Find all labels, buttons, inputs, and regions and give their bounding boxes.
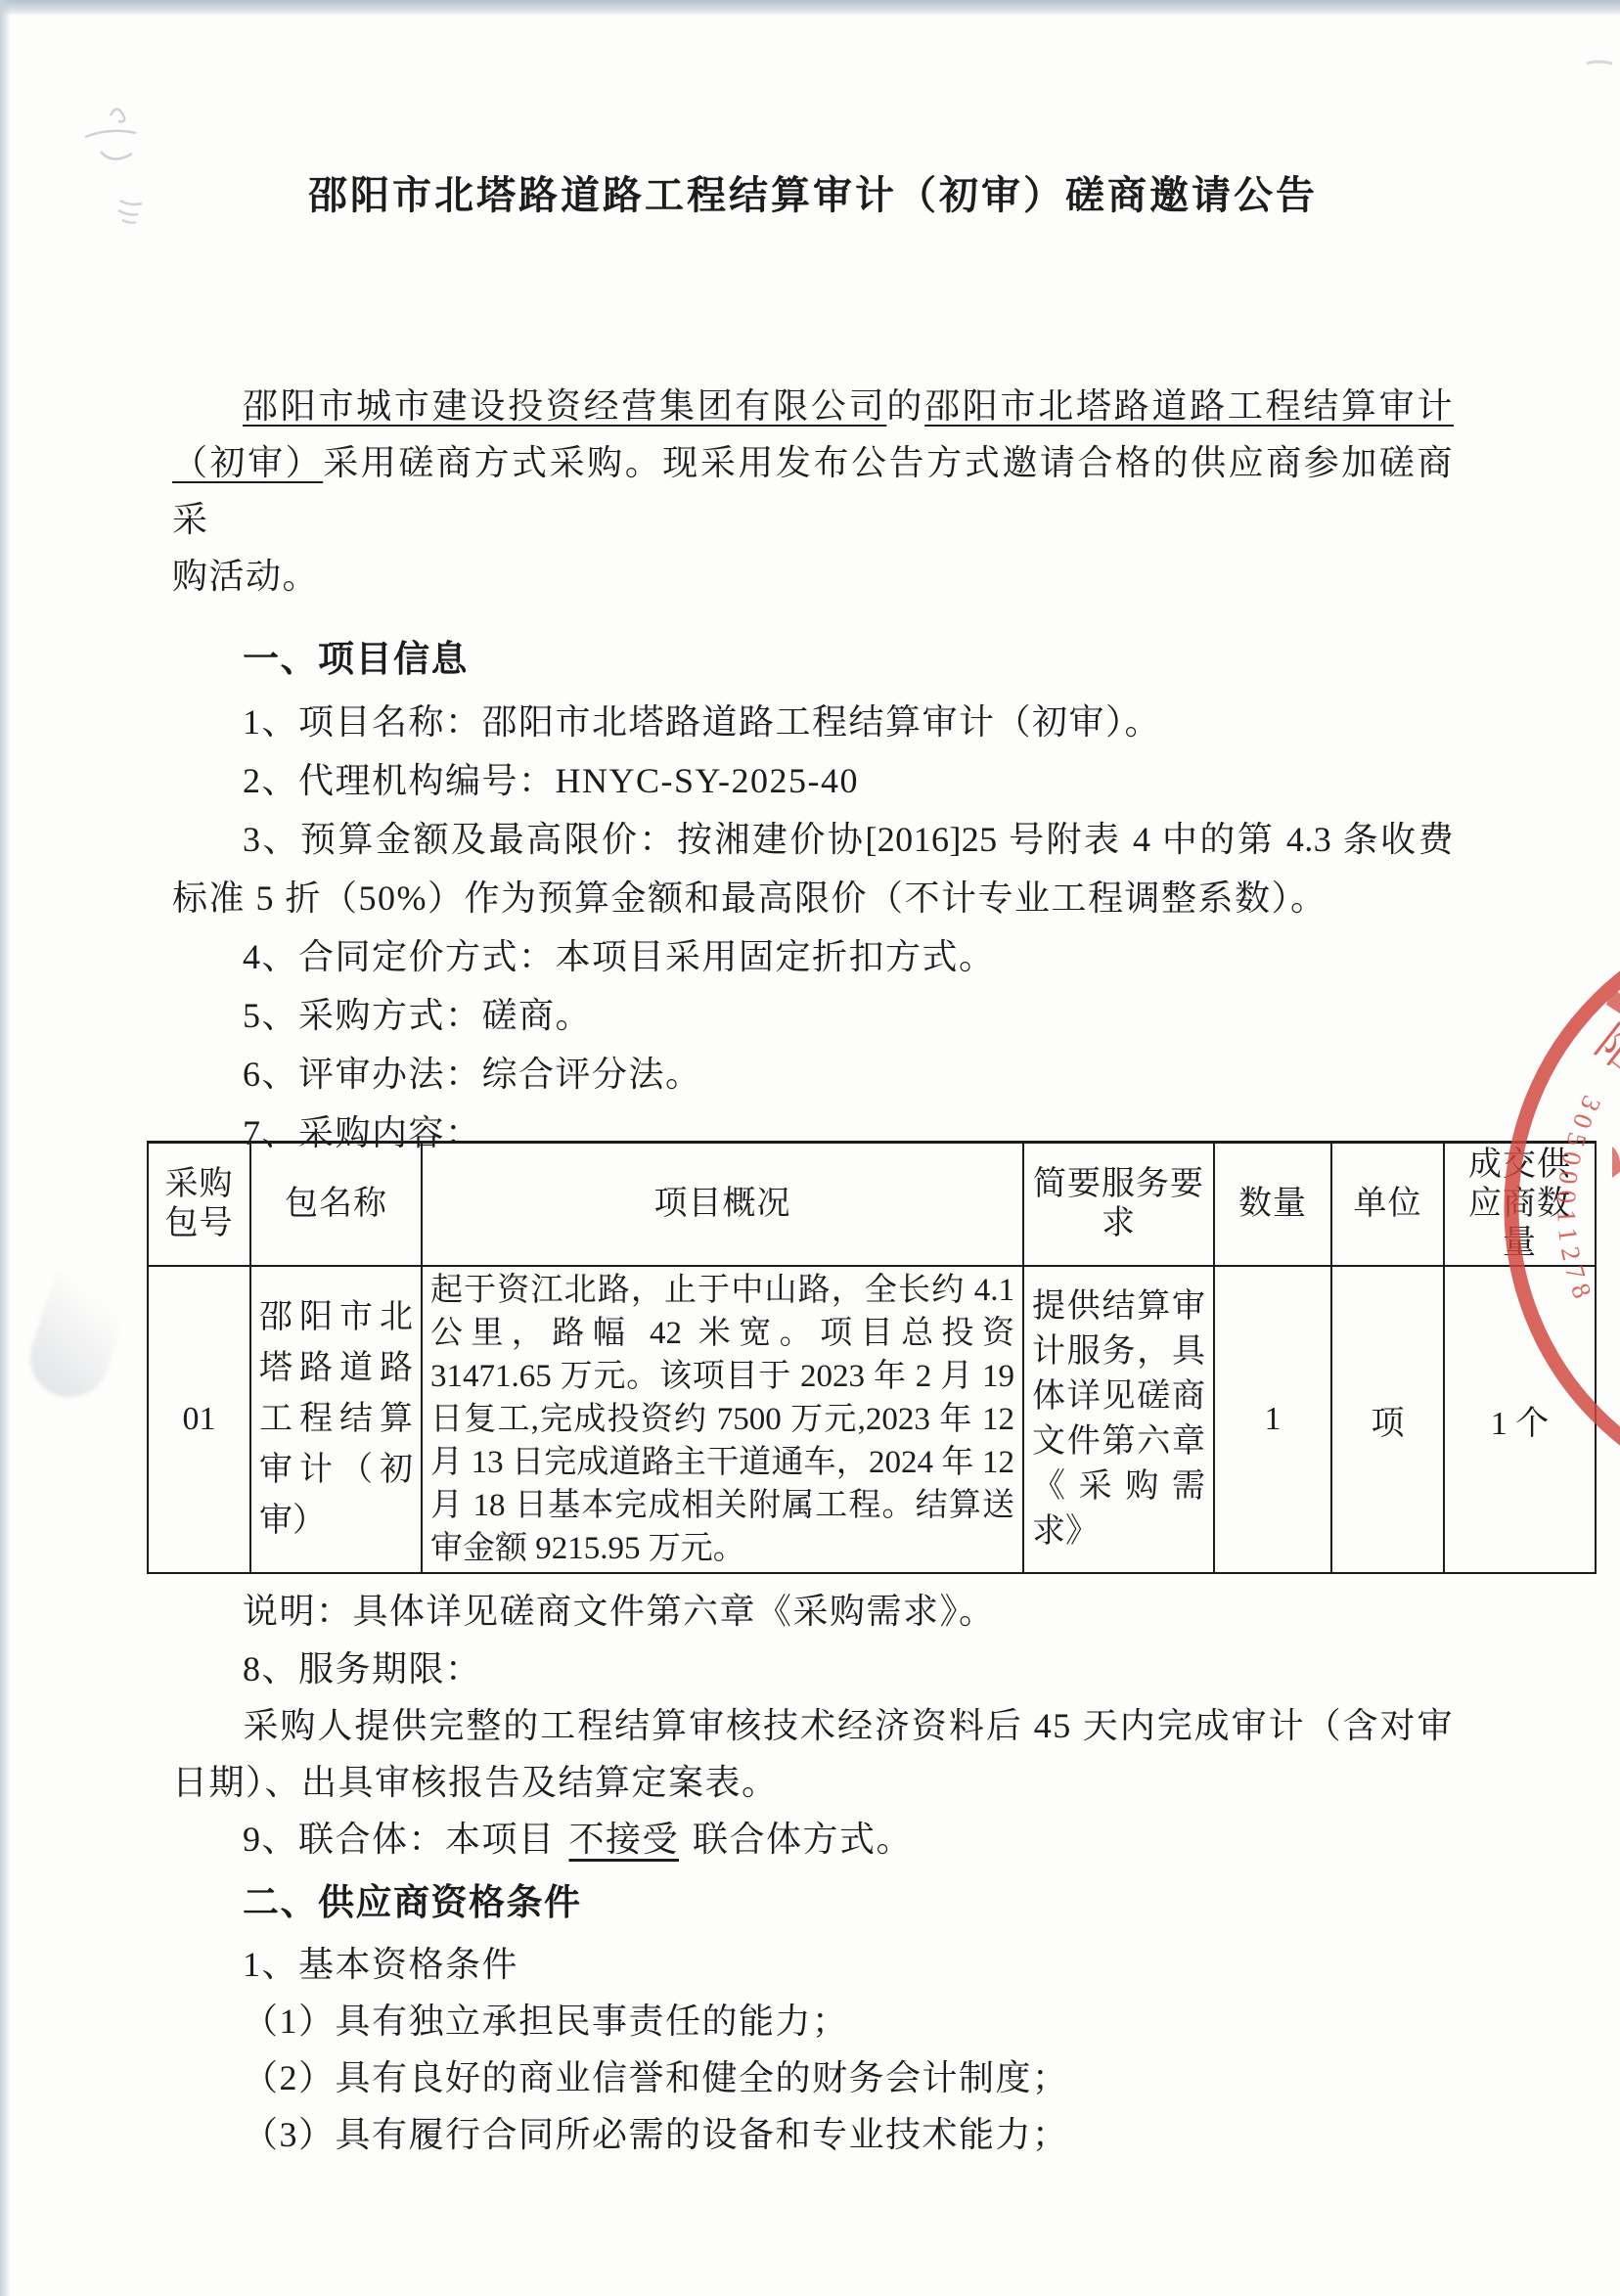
table-row: 01 邵阳市北塔路道路工程结算审计（初审） 起于资江北路，止于中山路，全长约 4… xyxy=(148,1266,1596,1573)
item-budget-line2: 标准 5 折（50%）作为预算金额和最高限价（不计专业工程调整系数）。 xyxy=(172,869,1454,927)
cell-unit: 项 xyxy=(1331,1266,1444,1573)
qualification-2: （2）具有良好的商业信誉和健全的财务会计制度； xyxy=(172,2049,1454,2106)
intro-connector: 的 xyxy=(886,386,924,426)
stamp-character: 阳 xyxy=(1586,1016,1620,1086)
pen-mark-artifact-2 xyxy=(103,191,161,235)
intro-line-1: 邵阳市城市建设投资经营集团有限公司的邵阳市北塔路道路工程结算审计 xyxy=(172,378,1454,434)
header-winners: 成交供应商数量 xyxy=(1444,1143,1596,1267)
intro-text-end: 购活动。 xyxy=(172,557,319,596)
underlined-purchaser-name: 邵阳市城市建设投资经营集团有限公司 xyxy=(243,386,886,426)
document-page: 邵阳市北塔路道路工程结算审计（初审）磋商邀请公告 邵阳市城市建设投资经营集团有限… xyxy=(0,0,1620,2296)
table-note: 说明：具体详见磋商文件第六章《采购需求》。 xyxy=(172,1590,1454,1633)
cell-overview: 起于资江北路，止于中山路，全长约 4.1 公里，路幅 42 米宽。项目总投资 3… xyxy=(422,1266,1023,1573)
table-header-row: 采购包号 包名称 项目概况 简要服务要求 数量 单位 成交供应商数量 xyxy=(148,1143,1596,1267)
section1-items: 1、项目名称：邵阳市北塔路道路工程结算审计（初审）。 2、代理机构编号：HNYC… xyxy=(172,693,1454,1162)
header-package-name: 包名称 xyxy=(250,1143,422,1267)
qualification-1: （1）具有独立承担民事责任的能力； xyxy=(172,1993,1454,2049)
header-overview: 项目概况 xyxy=(422,1143,1023,1267)
speck-artifact xyxy=(1583,57,1618,70)
item-budget-line1: 3、预算金额及最高限价：按湘建价协[2016]25 号附表 4 中的第 4.3 … xyxy=(172,810,1454,869)
intro-line-2: （初审）采用磋商方式采购。现采用发布公告方式邀请合格的供应商参加磋商采 xyxy=(172,434,1454,548)
cell-winners: 1 个 xyxy=(1444,1266,1596,1573)
cell-service: 提供结算审计服务，具体详见磋商文件第六章《采购需求》 xyxy=(1023,1266,1214,1573)
section2-heading: 二、供应商资格条件 xyxy=(172,1881,1454,1926)
section1-tail: 8、服务期限： 采购人提供完整的工程结算审核技术经济资料后 45 天内完成审计（… xyxy=(172,1641,1454,1868)
service-period-line1: 采购人提供完整的工程结算审核技术经济资料后 45 天内完成审计（含对审 xyxy=(172,1697,1454,1754)
header-qty: 数量 xyxy=(1214,1143,1331,1267)
document-content: 邵阳市北塔路道路工程结算审计（初审）磋商邀请公告 邵阳市城市建设投资经营集团有限… xyxy=(172,0,1454,2163)
item-project-name: 1、项目名称：邵阳市北塔路道路工程结算审计（初审）。 xyxy=(172,693,1454,751)
item-procurement-method: 5、采购方式：磋商。 xyxy=(172,986,1454,1045)
qualification-3: （3）具有履行合同所必需的设备和专业技术能力； xyxy=(172,2106,1454,2163)
service-period-line2: 日期）、出具审核报告及结算定案表。 xyxy=(172,1754,1454,1811)
consortium-not-accepted: 不接受 xyxy=(556,1820,694,1859)
intro-paragraph: 邵阳市城市建设投资经营集团有限公司的邵阳市北塔路道路工程结算审计 （初审）采用磋… xyxy=(172,378,1454,605)
header-service: 简要服务要求 xyxy=(1023,1143,1214,1267)
underlined-project-name: 邵阳市北塔路道路工程结算审计 xyxy=(924,386,1454,426)
scan-edge-left xyxy=(0,0,11,2296)
section1-heading: 一、项目信息 xyxy=(172,638,1454,683)
item-service-period-heading: 8、服务期限： xyxy=(172,1641,1454,1697)
page-title: 邵阳市北塔路道路工程结算审计（初审）磋商邀请公告 xyxy=(172,172,1454,219)
scan-smudge xyxy=(21,1243,140,1407)
section2-items: 1、基本资格条件 （1）具有独立承担民事责任的能力； （2）具有良好的商业信誉和… xyxy=(172,1936,1454,2163)
service-period-text: 采购人提供完整的工程结算审核技术经济资料后 45 天内完成审计（含对审 xyxy=(243,1706,1454,1745)
underlined-project-name-cont: （初审） xyxy=(172,443,323,482)
cell-qty: 1 xyxy=(1214,1266,1331,1573)
consortium-post: 联合体方式。 xyxy=(693,1820,913,1859)
cell-package-no: 01 xyxy=(148,1266,250,1573)
basic-qualification-heading: 1、基本资格条件 xyxy=(172,1936,1454,1993)
header-unit: 单位 xyxy=(1331,1143,1444,1267)
item-consortium: 9、联合体：本项目不接受联合体方式。 xyxy=(172,1811,1454,1868)
stamp-fragment-right xyxy=(1612,1147,1620,1178)
intro-line-3: 购活动。 xyxy=(172,548,1454,605)
header-package-no: 采购包号 xyxy=(148,1143,250,1267)
pen-mark-artifact xyxy=(73,98,181,166)
intro-text: 采用磋商方式采购。现采用发布公告方式邀请合格的供应商参加磋商采 xyxy=(172,443,1454,539)
consortium-pre: 9、联合体：本项目 xyxy=(243,1820,556,1859)
item-pricing-method: 4、合同定价方式：本项目采用固定折扣方式。 xyxy=(172,927,1454,986)
item-review-method: 6、评审办法：综合评分法。 xyxy=(172,1045,1454,1103)
procurement-table: 采购包号 包名称 项目概况 简要服务要求 数量 单位 成交供应商数量 01 邵阳… xyxy=(147,1141,1597,1574)
item-agency-number: 2、代理机构编号：HNYC-SY-2025-40 xyxy=(172,751,1454,810)
stamp-fragment-top xyxy=(1606,988,1620,1013)
cell-package-name: 邵阳市北塔路道路工程结算审计（初审） xyxy=(250,1266,422,1573)
